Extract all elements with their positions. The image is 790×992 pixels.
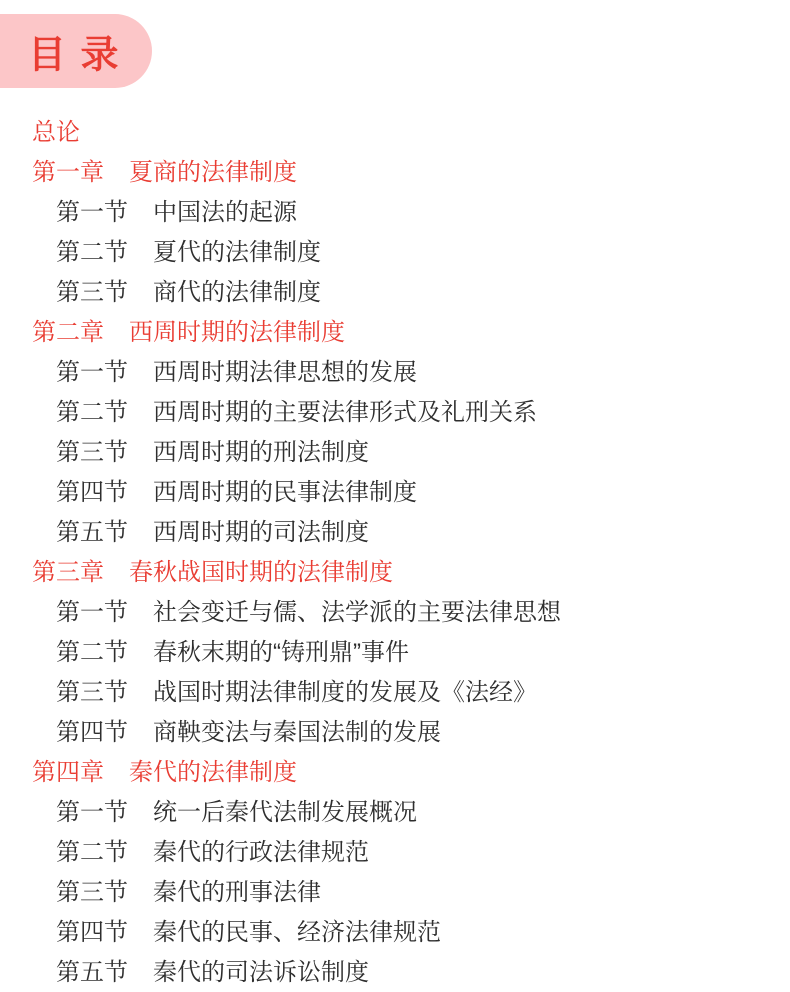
toc-item-label: 第三节 <box>56 433 128 473</box>
toc-chapter-row: 第一章夏商的法律制度 <box>0 153 790 193</box>
toc-item-label: 第一章 <box>32 153 104 193</box>
toc-item-label: 第二章 <box>32 313 104 353</box>
toc-item-title: 西周时期的法律制度 <box>129 313 345 353</box>
toc-item-label: 第四节 <box>56 913 128 953</box>
toc-item-label: 第三节 <box>56 873 128 913</box>
toc-section-row: 第四节秦代的民事、经济法律规范 <box>0 913 790 953</box>
toc-item-title: 统一后秦代法制发展概况 <box>153 793 417 833</box>
toc-item-label: 第二节 <box>56 633 128 673</box>
toc-item-title: 春秋末期的“铸刑鼎”事件 <box>153 633 409 673</box>
toc-section-row: 第三节战国时期法律制度的发展及《法经》 <box>0 673 790 713</box>
toc-item-label: 第四章 <box>32 753 104 793</box>
toc-section-row: 第二节春秋末期的“铸刑鼎”事件 <box>0 633 790 673</box>
toc-item-label: 第一节 <box>56 193 128 233</box>
toc-section-row: 第二节夏代的法律制度 <box>0 233 790 273</box>
toc-item-title: 西周时期的民事法律制度 <box>153 473 417 513</box>
toc-section-row: 第四节西周时期的民事法律制度 <box>0 473 790 513</box>
toc-item-label: 第二节 <box>56 833 128 873</box>
toc-section-row: 第一节统一后秦代法制发展概况 <box>0 793 790 833</box>
toc-item-title: 秦代的刑事法律 <box>153 873 321 913</box>
toc-item-title: 西周时期的刑法制度 <box>153 433 369 473</box>
toc-item-title: 秦代的行政法律规范 <box>153 833 369 873</box>
toc-item-label: 第五节 <box>56 953 128 992</box>
toc-item-label: 第五节 <box>56 513 128 553</box>
toc-chapter-row: 第三章春秋战国时期的法律制度 <box>0 553 790 593</box>
toc-item-title: 总论 <box>32 113 80 153</box>
toc-item-label: 第三节 <box>56 673 128 713</box>
toc-item-label: 第一节 <box>56 793 128 833</box>
toc-item-label: 第二节 <box>56 393 128 433</box>
toc-item-title: 秦代的司法诉讼制度 <box>153 953 369 992</box>
toc-item-label: 第一节 <box>56 593 128 633</box>
toc-item-title: 秦代的法律制度 <box>129 753 297 793</box>
toc-section-row: 第一节西周时期法律思想的发展 <box>0 353 790 393</box>
toc-section-row: 第五节秦代的司法诉讼制度 <box>0 953 790 992</box>
toc-item-label: 第四节 <box>56 473 128 513</box>
toc-item-title: 夏代的法律制度 <box>153 233 321 273</box>
toc-item-title: 秦代的民事、经济法律规范 <box>153 913 441 953</box>
toc-item-title: 西周时期法律思想的发展 <box>153 353 417 393</box>
page-title: 目 录 <box>28 24 121 79</box>
toc-item-label: 第四节 <box>56 713 128 753</box>
toc-section-row: 第三节秦代的刑事法律 <box>0 873 790 913</box>
toc-item-title: 夏商的法律制度 <box>129 153 297 193</box>
toc-item-label: 第三节 <box>56 273 128 313</box>
toc-item-label: 第一节 <box>56 353 128 393</box>
toc-chapter-row: 第二章西周时期的法律制度 <box>0 313 790 353</box>
toc-section-row: 第五节西周时期的司法制度 <box>0 513 790 553</box>
toc-item-title: 春秋战国时期的法律制度 <box>129 553 393 593</box>
toc-item-label: 第三章 <box>32 553 104 593</box>
toc-section-row: 第三节西周时期的刑法制度 <box>0 433 790 473</box>
toc-item-label: 第二节 <box>56 233 128 273</box>
toc-list: 总论第一章夏商的法律制度第一节中国法的起源第二节夏代的法律制度第三节商代的法律制… <box>0 113 790 992</box>
toc-item-title: 商鞅变法与秦国法制的发展 <box>153 713 441 753</box>
toc-item-title: 中国法的起源 <box>153 193 297 233</box>
toc-section-row: 第二节秦代的行政法律规范 <box>0 833 790 873</box>
toc-chapter-row: 总论 <box>0 113 790 153</box>
toc-section-row: 第四节商鞅变法与秦国法制的发展 <box>0 713 790 753</box>
toc-section-row: 第一节中国法的起源 <box>0 193 790 233</box>
toc-header-pill: 目 录 <box>0 14 152 88</box>
toc-section-row: 第三节商代的法律制度 <box>0 273 790 313</box>
toc-item-title: 战国时期法律制度的发展及《法经》 <box>153 673 537 713</box>
toc-section-row: 第一节社会变迁与儒、法学派的主要法律思想 <box>0 593 790 633</box>
toc-section-row: 第二节西周时期的主要法律形式及礼刑关系 <box>0 393 790 433</box>
toc-item-title: 社会变迁与儒、法学派的主要法律思想 <box>153 593 561 633</box>
toc-item-title: 西周时期的司法制度 <box>153 513 369 553</box>
toc-chapter-row: 第四章秦代的法律制度 <box>0 753 790 793</box>
toc-item-title: 商代的法律制度 <box>153 273 321 313</box>
toc-item-title: 西周时期的主要法律形式及礼刑关系 <box>153 393 537 433</box>
